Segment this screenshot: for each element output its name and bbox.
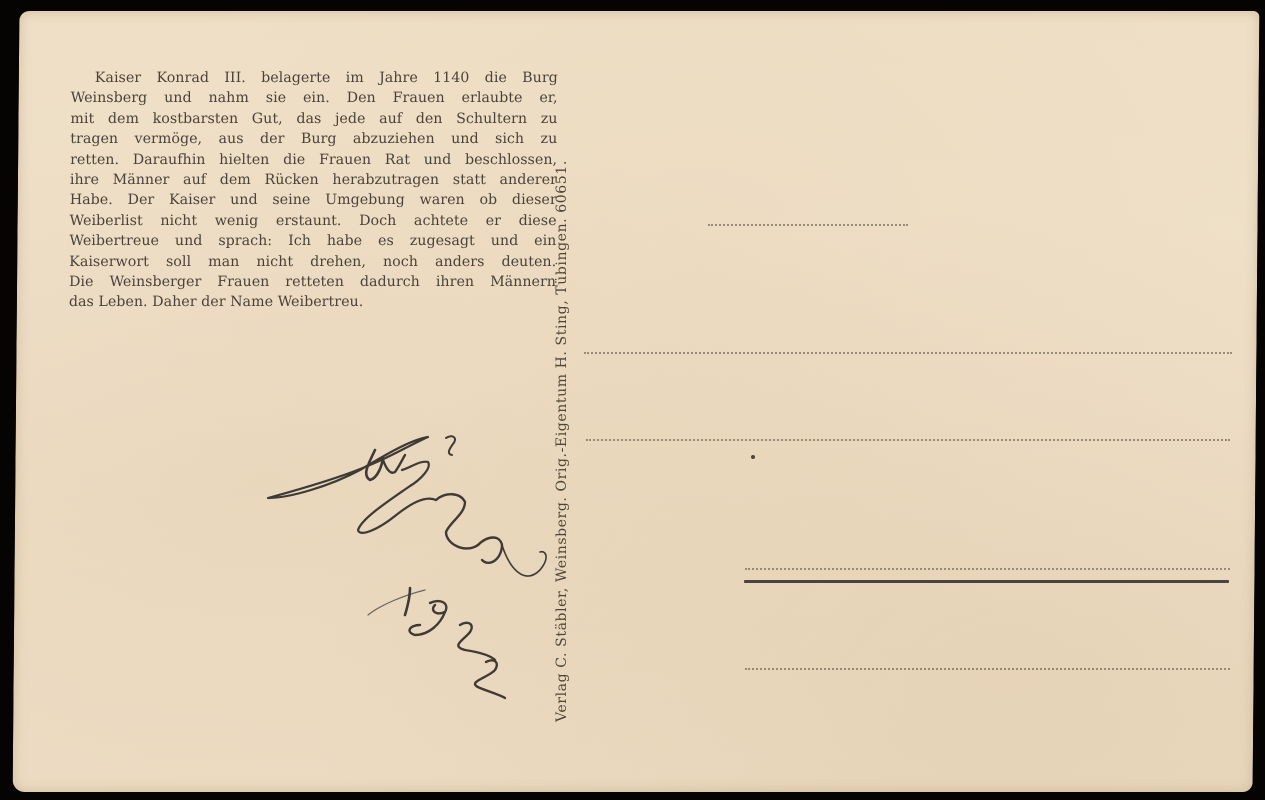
story-line: Weibertreue und sprach: Ich habe es zuge… bbox=[69, 231, 556, 251]
address-line-1[interactable] bbox=[584, 352, 1232, 354]
story-line: mit dem kostbarsten Gut, das jede auf de… bbox=[70, 109, 557, 129]
story-line: retten. Daraufhin hielten die Frauen Rat… bbox=[70, 150, 557, 170]
story-line: Kaiser Konrad III. belagerte im Jahre 11… bbox=[71, 68, 558, 88]
story-text-block: Kaiser Konrad III. belagerte im Jahre 11… bbox=[69, 68, 558, 313]
story-line: ihre Männer auf dem Rücken herabzutragen… bbox=[70, 170, 557, 190]
story-line: Weinsberg und nahm sie ein. Den Frauen e… bbox=[71, 88, 558, 108]
address-line-stamp-area[interactable] bbox=[708, 224, 908, 226]
story-line: Weiberlist nicht wenig erstaunt. Doch ac… bbox=[69, 211, 556, 231]
address-underline-solid bbox=[744, 580, 1229, 583]
handwritten-signature bbox=[250, 420, 560, 710]
story-line: tragen vermöge, aus der Burg abzuziehen … bbox=[70, 129, 557, 149]
postcard-back: Kaiser Konrad III. belagerte im Jahre 11… bbox=[13, 11, 1260, 792]
address-line-4[interactable] bbox=[745, 668, 1230, 670]
address-line-2[interactable] bbox=[586, 439, 1230, 441]
address-line-3[interactable] bbox=[745, 568, 1230, 570]
story-line: Kaiserwort soll man nicht drehen, noch a… bbox=[69, 252, 556, 272]
story-line: Habe. Der Kaiser und seine Umgebung ware… bbox=[70, 190, 557, 210]
story-line: das Leben. Daher der Name Weibertreu. bbox=[69, 292, 556, 312]
story-line: Die Weinsberger Frauen retteten dadurch … bbox=[69, 272, 556, 292]
ink-speck bbox=[751, 455, 755, 459]
